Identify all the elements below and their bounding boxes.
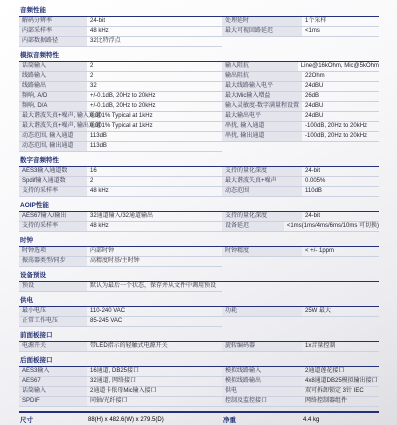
row-right-half: 功耗25W 最大 (222, 307, 379, 317)
row-right-half: 串扰, 输出通道-100dB, 20Hz to 20kHz (222, 132, 379, 142)
row-left-half: 动态范围, 输入通道113dB (19, 132, 222, 142)
row-right-half (222, 142, 379, 152)
spec-value: 32比特浮点 (87, 37, 222, 46)
spec-label: 时钟精度 (222, 247, 302, 256)
row-left-half: 解码分辨率24-bit (19, 17, 222, 27)
spec-row: 最小电压110-240 VAC功耗25W 最大 (19, 307, 379, 317)
spec-value: 16通道, DB25接口 (87, 367, 222, 376)
spec-value: Line@16kOhm, Mic@5kOhm (298, 62, 379, 71)
section-title: 设备预设 (19, 271, 379, 282)
spec-label: 输出阻抗 (222, 72, 302, 81)
spec-label: 支持的量化深度 (222, 212, 302, 221)
spec-label: 话筒输入 (19, 387, 87, 396)
spec-value: 113dB (87, 142, 222, 151)
spec-value: 2 (87, 177, 222, 186)
row-right-half: 供电双可拆卸锁定 3针 IEC (222, 387, 379, 397)
spec-label: 线路输出 (19, 82, 87, 91)
spec-label: AES3输入通道数 (19, 167, 87, 176)
spec-row: 话筒输入2输入阻抗Line@16kOhm, Mic@5kOhm (19, 62, 379, 72)
spec-value: 113dB (87, 132, 222, 141)
row-left-half: 话筒输入2 (19, 62, 222, 72)
row-left-half: 动态范围, 输出通道113dB (19, 142, 222, 152)
spec-label: 频响, D/A (19, 102, 87, 111)
row-right-half: 时钟精度< +/- 1ppm (222, 247, 379, 257)
spec-row: Spdif输入通道数2最大谐波失真+噪声0.005% (19, 177, 379, 187)
row-left-half: 时钟选项内部时钟 (19, 247, 222, 257)
row-left-half: 话筒输入2通道卡侬母Mic输入接口 (19, 387, 222, 397)
spec-label: 最大谐波失真+噪声, 输出通道 (19, 122, 87, 131)
section-title: 时钟 (19, 236, 379, 247)
row-right-half: 最大谐波失真+噪声0.005% (222, 177, 379, 187)
spec-value: 内部时钟 (87, 247, 222, 256)
spec-label: 正常工作电压 (19, 317, 87, 326)
row-left-half: 频响, A/D+/-0.1dB, 20Hz to 20kHz (19, 92, 222, 102)
spec-label: SPDIF (19, 397, 87, 406)
spec-row: 预设默认为最后一个状态，保存并从文件中调用预设 (19, 282, 379, 292)
net-weight-label: 净重 (223, 416, 303, 425)
spec-label: 最大线路输入电平 (222, 82, 302, 91)
spec-label: 动态范围, 输出通道 (19, 142, 87, 151)
spec-label: 串扰, 输出通道 (222, 132, 302, 141)
spec-value: 32通道输入/32通道输出 (87, 212, 222, 221)
spec-label: 串扰, 输入通道 (222, 122, 302, 131)
row-left-half: 频响, D/A+/-0.1dB, 20Hz to 20kHz (19, 102, 222, 112)
spec-label: 最大Mic输入增益 (222, 92, 302, 101)
spec-row: 动态范围, 输出通道113dB (19, 142, 379, 152)
spec-row: 解码分辨率24-bit处理延时1个采样 (19, 17, 379, 27)
spec-row: 话筒输入2通道卡侬母Mic输入接口供电双可拆卸锁定 3针 IEC (19, 387, 379, 397)
spec-value: 2通道卡侬母Mic输入接口 (87, 387, 222, 396)
spec-value: 24-bit (302, 167, 379, 176)
spec-value: 26dB (302, 92, 379, 101)
spec-label: Spdif输入通道数 (19, 177, 87, 186)
section-title: 数字音频特性 (19, 156, 379, 167)
spec-label: 最大谐波失真+噪声 (222, 177, 302, 186)
spec-row: SPDIF同轴/光纤接口控制及监控接口网络控制器组件 (19, 397, 379, 407)
spec-label: 功耗 (222, 307, 302, 316)
spec-row: AES67输入/输出32通道输入/32通道输出支持的量化深度24-bit (19, 212, 379, 222)
spec-label: 处理延时 (222, 17, 302, 26)
spec-label: 动态范围, 输入通道 (19, 132, 87, 141)
row-right-half: 控制及监控接口网络控制器组件 (222, 397, 379, 407)
row-left-half: 最大谐波失真+噪声, 输入通道0.001% Typical at 1kHz (19, 112, 222, 122)
spec-label: 输入灵敏度-数字满量程设置 (222, 102, 302, 111)
row-right-half: 处理延时1个采样 (222, 17, 379, 27)
spec-value: 2通道莲花接口 (302, 367, 379, 376)
spec-row: 动态范围, 输入通道113dB串扰, 输出通道-100dB, 20Hz to 2… (19, 132, 379, 142)
spec-label: 线路输入 (19, 72, 87, 81)
spec-value: 48 kHz (87, 187, 222, 196)
spec-label: 最大谐波失真+噪声, 输入通道 (19, 112, 87, 121)
section-title: 供电 (19, 296, 379, 307)
spec-value: 24dBU (302, 82, 379, 91)
spec-label: 最小电压 (19, 307, 87, 316)
row-left-half: AES67输入/输出32通道输入/32通道输出 (19, 212, 222, 222)
section-title: 模拟音频特性 (19, 51, 379, 62)
spec-row: 时钟选项内部时钟时钟精度< +/- 1ppm (19, 247, 379, 257)
spec-value: -100dB, 20Hz to 20kHz (302, 122, 379, 131)
spec-label: 内部采样率 (19, 27, 87, 36)
row-right-half: 最大线路输入电平24dBU (222, 82, 379, 92)
spec-label: AES67 (19, 377, 87, 386)
section-title: AOIP性能 (19, 201, 379, 212)
spec-label: 预设 (19, 282, 87, 291)
row-right-half: 支持的量化深度24-bit (222, 212, 379, 222)
row-right-half: 旋转编码器1x音量控制 (222, 342, 379, 352)
spec-row: 频响, A/D+/-0.1dB, 20Hz to 20kHz最大Mic输入增益2… (19, 92, 379, 102)
spec-value: < +/- 1ppm (302, 247, 379, 256)
spec-label: 电源开关 (19, 342, 87, 351)
row-left-half: 最大谐波失真+噪声, 输出通道0.001% Typical at 1kHz (19, 122, 222, 132)
spec-label: 动态范围 (222, 187, 302, 196)
spec-label: 支持的采样率 (19, 187, 87, 196)
spec-label: 时钟选项 (19, 247, 87, 256)
row-right-half: 输入灵敏度-数字满量程设置24dBU (222, 102, 379, 112)
spec-label: 支持的量化深度 (222, 167, 302, 176)
row-right-half (222, 37, 379, 47)
spec-label: AES3输入 (19, 367, 87, 376)
spec-row: 内部采样率48 kHz最大可视回路延迟<1ms (19, 27, 379, 37)
row-left-half: 振荡器类型/同步高精度时基/主时钟 (19, 257, 222, 267)
spec-label: 设备延迟 (222, 222, 284, 231)
row-right-half: 支持的量化深度24-bit (222, 167, 379, 177)
spec-row: AES6732通道, 网络接口模拟线路输出4x8通道DB25模拟输出接口 (19, 377, 379, 387)
row-left-half: 最小电压110-240 VAC (19, 307, 222, 317)
spec-value: 1个采样 (302, 17, 379, 26)
spec-value: +/-0.1dB, 20Hz to 20kHz (87, 102, 222, 111)
spec-row: 最大谐波失真+噪声, 输出通道0.001% Typical at 1kHz串扰,… (19, 122, 379, 132)
spec-value: 网络控制器组件 (302, 397, 379, 406)
spec-value: 24dBU (302, 112, 379, 121)
spec-value: +/-0.1dB, 20Hz to 20kHz (87, 92, 222, 101)
spec-value: 双可拆卸锁定 3针 IEC (302, 387, 379, 396)
spec-value: <1ms (302, 27, 379, 36)
spec-value: 85-245 VAC (87, 317, 222, 326)
section-title: 音频性能 (19, 6, 379, 17)
row-left-half: AES3输入16通道, DB25接口 (19, 367, 222, 377)
spec-value: 24-bit (302, 212, 379, 221)
spec-row: 支持的采样率48 kHz动态范围110dB (19, 187, 379, 197)
spec-value: 2 (87, 62, 222, 71)
row-left-half: 内部采样率48 kHz (19, 27, 222, 37)
spec-value: 48 kHz (87, 222, 222, 231)
row-right-half: 输出阻抗22Ohm (222, 72, 379, 82)
row-left-half: 线路输入2 (19, 72, 222, 82)
section-title: 前面板接口 (19, 331, 379, 342)
dimensions-row: 尺寸 88(H) x 482.6(W) x 279.5(D) 净重 4.4 kg (19, 411, 379, 425)
spec-value: 0.001% Typical at 1kHz (87, 122, 222, 131)
spec-row: 最大谐波失真+噪声, 输入通道0.001% Typical at 1kHz最大输… (19, 112, 379, 122)
row-left-half: Spdif输入通道数2 (19, 177, 222, 187)
spec-value: <1ms(1ms/4ms/6ms/10ms 可切换) (284, 222, 379, 231)
row-right-half: 串扰, 输入通道-100dB, 20Hz to 20kHz (222, 122, 379, 132)
spec-value: 32通道, 网络接口 (87, 377, 222, 386)
spec-value: 2 (87, 72, 222, 81)
section-title: 后面板接口 (19, 356, 379, 367)
spec-label: 输入阻抗 (222, 62, 298, 71)
row-left-half: 预设默认为最后一个状态，保存并从文件中调用预设 (19, 282, 222, 292)
dimensions-value: 88(H) x 482.6(W) x 279.5(D) (88, 416, 223, 425)
spec-value: 25W 最大 (302, 307, 379, 316)
spec-label: 话筒输入 (19, 62, 87, 71)
row-left-half: 正常工作电压85-245 VAC (19, 317, 222, 327)
spec-row: 内部数据路径32比特浮点 (19, 37, 379, 47)
spec-label: 旋转编码器 (222, 342, 302, 351)
spec-label: 模拟线路输出 (222, 377, 302, 386)
spec-value: 22Ohm (302, 72, 379, 81)
spec-row: 频响, D/A+/-0.1dB, 20Hz to 20kHz输入灵敏度-数字满量… (19, 102, 379, 112)
spec-value: 48 kHz (87, 27, 222, 36)
row-right-half: 输入阻抗Line@16kOhm, Mic@5kOhm (222, 62, 379, 72)
spec-value: 默认为最后一个状态，保存并从文件中调用预设 (87, 282, 222, 291)
spec-row: AES3输入通道数16支持的量化深度24-bit (19, 167, 379, 177)
spec-label: 最大输出电平 (222, 112, 302, 121)
spec-row: AES3输入16通道, DB25接口模拟线路输入2通道莲花接口 (19, 367, 379, 377)
spec-label: AES67输入/输出 (19, 212, 87, 221)
spec-value: 0.001% Typical at 1kHz (87, 112, 222, 121)
row-right-half: 模拟线路输入2通道莲花接口 (222, 367, 379, 377)
row-right-half (222, 257, 379, 267)
spec-value: 高精度时基/主时钟 (87, 257, 222, 266)
spec-row: 正常工作电压85-245 VAC (19, 317, 379, 327)
spec-value: 32 (87, 82, 222, 91)
spec-label: 解码分辨率 (19, 17, 87, 26)
spec-row: 支持的采样率48 kHz设备延迟<1ms(1ms/4ms/6ms/10ms 可切… (19, 222, 379, 232)
spec-value: 24-bit (87, 17, 222, 26)
row-right-half: 最大Mic输入增益26dB (222, 92, 379, 102)
row-left-half: SPDIF同轴/光纤接口 (19, 397, 222, 407)
row-right-half: 模拟线路输出4x8通道DB25模拟输出接口 (222, 377, 379, 387)
spec-value: 16 (87, 167, 222, 176)
net-weight-value: 4.4 kg (303, 416, 379, 425)
spec-row: 电源开关带LED指示的轻触式电源开关旋转编码器1x音量控制 (19, 342, 379, 352)
spec-label: 最大可视回路延迟 (222, 27, 302, 36)
spec-label: 振荡器类型/同步 (19, 257, 87, 266)
spec-label: 内部数据路径 (19, 37, 87, 46)
spec-value: 110dB (302, 187, 379, 196)
row-left-half: 内部数据路径32比特浮点 (19, 37, 222, 47)
dimensions-label: 尺寸 (19, 416, 88, 425)
row-right-half: 最大输出电平24dBU (222, 112, 379, 122)
row-left-half: 支持的采样率48 kHz (19, 222, 222, 232)
row-left-half: 电源开关带LED指示的轻触式电源开关 (19, 342, 222, 352)
spec-value: 带LED指示的轻触式电源开关 (87, 342, 222, 351)
row-right-half: 设备延迟<1ms(1ms/4ms/6ms/10ms 可切换) (222, 222, 379, 232)
row-right-half: 最大可视回路延迟<1ms (222, 27, 379, 37)
spec-row: 线路输入2输出阻抗22Ohm (19, 72, 379, 82)
spec-label: 控制及监控接口 (222, 397, 302, 406)
spec-label: 支持的采样率 (19, 222, 87, 231)
spec-value: 0.005% (302, 177, 379, 186)
row-right-half (222, 282, 379, 292)
spec-value: 24dBU (302, 102, 379, 111)
spec-table: 音频性能解码分辨率24-bit处理延时1个采样内部采样率48 kHz最大可视回路… (19, 2, 379, 425)
spec-value: 4x8通道DB25模拟输出接口 (302, 377, 379, 386)
row-left-half: 支持的采样率48 kHz (19, 187, 222, 197)
spec-value: 同轴/光纤接口 (87, 397, 222, 406)
row-left-half: 线路输出32 (19, 82, 222, 92)
spec-label: 模拟线路输入 (222, 367, 302, 376)
spec-value: 1x音量控制 (302, 342, 379, 351)
spec-label: 频响, A/D (19, 92, 87, 101)
row-right-half: 动态范围110dB (222, 187, 379, 197)
spec-row: 线路输出32最大线路输入电平24dBU (19, 82, 379, 92)
row-left-half: AES6732通道, 网络接口 (19, 377, 222, 387)
spec-value: -100dB, 20Hz to 20kHz (302, 132, 379, 141)
spec-row: 振荡器类型/同步高精度时基/主时钟 (19, 257, 379, 267)
row-right-half (222, 317, 379, 327)
spec-label: 供电 (222, 387, 302, 396)
spec-value: 110-240 VAC (87, 307, 222, 316)
row-left-half: AES3输入通道数16 (19, 167, 222, 177)
